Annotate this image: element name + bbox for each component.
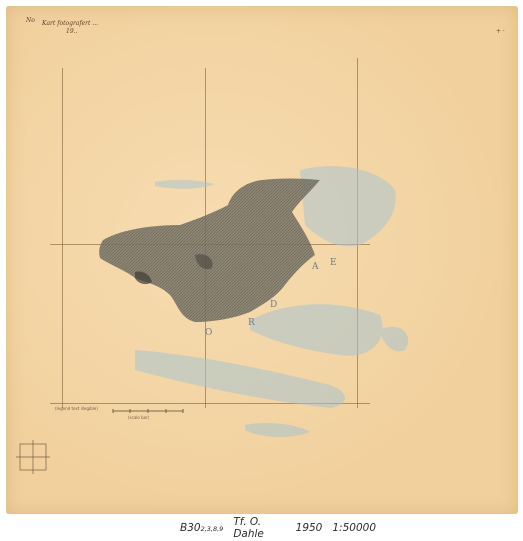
map-drawing [0, 0, 523, 541]
sheet-index-diagram [16, 440, 50, 474]
scale-bar-graphic [113, 409, 183, 413]
corner-mark: + · [496, 28, 505, 35]
scale: 1:50000 [332, 522, 376, 534]
island-landmass [99, 179, 320, 323]
author: Tf. O. Dahle [233, 516, 285, 540]
sea-letter: E [330, 258, 338, 268]
sheet-number-note: No [26, 17, 35, 24]
sheet-code: B302,3,8,9 [180, 522, 223, 534]
sea-letter: A [312, 262, 320, 272]
sea-letter: O [205, 328, 213, 338]
catalogue-label-strip: B302,3,8,9 Tf. O. Dahle 1950 1:50000 [172, 518, 376, 538]
handwritten-note-line2: 19.. [66, 28, 77, 35]
sea-letter: R [248, 318, 256, 328]
legend-note: (legend text illegible) [55, 406, 98, 411]
handwritten-note: Kart fotografert ... [42, 20, 98, 27]
sea-letter: D [270, 300, 278, 310]
year: 1950 [296, 522, 323, 534]
scale-bar-label: (scale bar) [128, 415, 149, 420]
